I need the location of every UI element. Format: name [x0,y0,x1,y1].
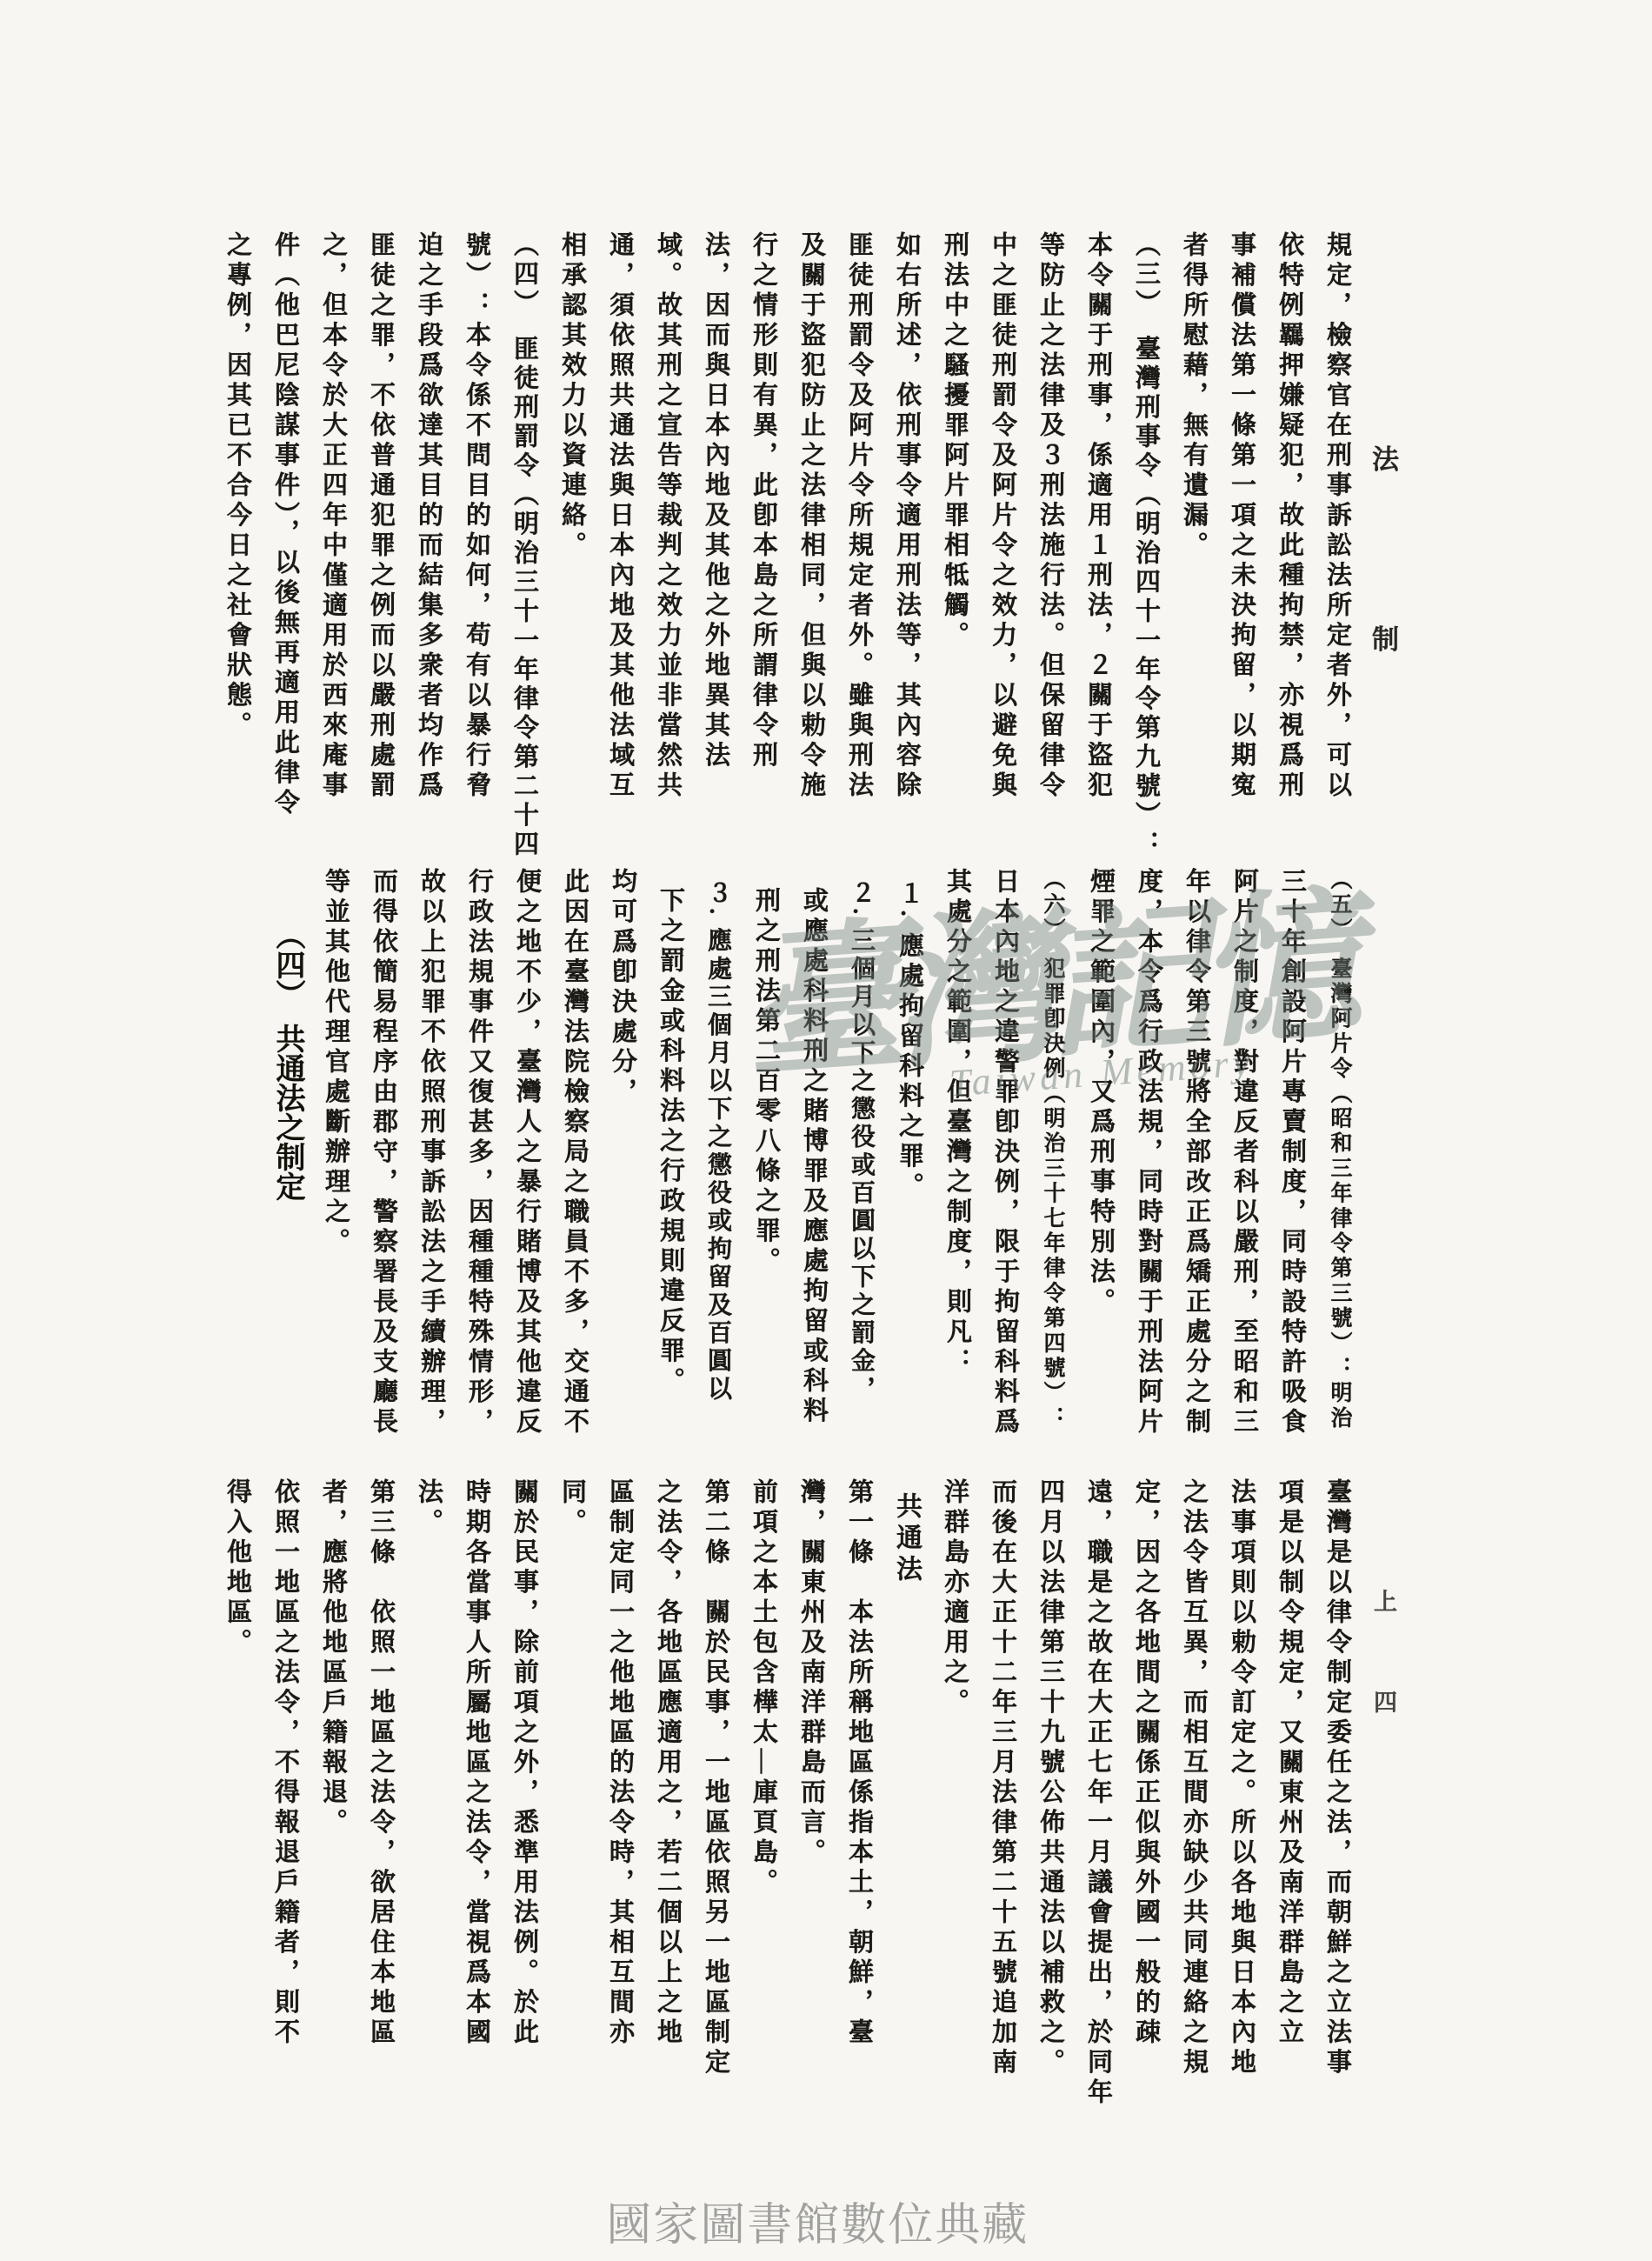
text-column: ２. 三個月以下之懲役或百圓以下之罰金， [837,868,885,1449]
text-column: 便之地不少，臺灣人之暴行賭博及其他違反 [503,868,550,1449]
text-column: 行之情形則有異，此卽本島之所謂律令刑 [739,231,787,882]
text-column: 第二條 關於民事，一地區依照另一地區制定 [691,1478,739,2150]
text-column: 之法令皆互異，而相互間亦缺少共同連絡之規 [1169,1478,1217,2150]
footer-caption: 國家圖書館數位典藏 [606,2188,1029,2253]
text-column: 第一條 本法所稱地區係指本土，朝鮮，臺 [835,1478,883,2150]
text-column: 之法令，各地區應適用之，若二個以上之地 [643,1478,691,2150]
text-column: 件（他巴尼陰謀事件），以後無再適用此律令 [261,231,309,882]
text-column: 行政法規事件又復甚多，因種種特殊情形， [455,868,503,1449]
text-column: 號）：本令係不問目的如何，苟有以暴行脅 [452,231,500,882]
text-column: （四） 共通法之制定 [263,868,311,1449]
text-column: （三） 臺灣刑事令（明治四十一年令第九號）： [1122,231,1169,882]
text-column: 相承認其效力以資連絡。 [548,231,596,882]
text-column: 區制定同一之他地區的法令時，其相互間亦 [596,1478,643,2150]
text-column: 其處分之範圍，但臺灣之制度，則凡： [933,868,981,1449]
text-column: 等防止之法律及３刑法施行法。但保留律令 [1026,231,1074,882]
text-column: 依照一地區之法令，不得報退戶籍者，則不 [261,1478,309,2150]
text-column: 通，須依照共通法與日本內地及其他法域互 [596,231,643,882]
text-column: 事補償法第一條第一項之未決拘留，以期寃 [1217,231,1265,882]
text-column: 下之罰金或科料法之行政規則違反罪。 [646,868,694,1449]
text-column: 故以上犯罪不依照刑事訴訟法之手續辦理， [407,868,455,1449]
text-column: 之專例，因其已不合今日之社會狀態。 [213,231,261,882]
text-column: 法。 [404,1478,452,2150]
text-column: 定，因之各地間之關係正似與外國一般的疎 [1122,1478,1169,2150]
text-column: 本令關于刑事，係適用１刑法，２關于盜犯 [1074,231,1122,882]
text-column: 四月以法律第三十九號公佈共通法以補救之。 [1026,1478,1074,2150]
margin-page-number: 四 [1374,1684,1397,1717]
text-column: 煙罪之範圍內，又爲刑事特別法。 [1076,868,1124,1449]
page-root: 法 制 上 四 規定，檢察官在刑事訴訟法所定者外，可以依特例羈押嫌疑犯，故此種拘… [0,0,1652,2261]
text-column: 三十年創設阿片專賣制度，同時設特許吸食 [1268,868,1316,1449]
text-column: 如右所述，依刑事令適用刑法等，其內容除 [883,231,930,882]
text-column: 共通法 [883,1478,930,2150]
text-column: 時期各當事人所屬地區之法令，當視爲本國 [452,1478,500,2150]
text-column: 或應處科料刑之賭博罪及應處拘留或科料 [789,868,837,1449]
text-column: 刑法中之騷擾罪阿片罪相牴觸。 [930,231,978,882]
text-column: 洋群島亦適用之。 [930,1478,978,2150]
text-column: 刑之刑法第二百零八條之罪。 [742,868,789,1449]
text-column: 中之匪徒刑罰令及阿片令之效力，以避免與 [978,231,1026,882]
register-middle: （五） 臺灣阿片令（昭和三年律令第三號）：明治三十年創設阿片專賣制度，同時設特許… [217,868,1363,1449]
text-column: 等並其他代理官處斷辦理之。 [311,868,359,1449]
text-column: 均可爲卽決處分， [598,868,646,1449]
text-column: 而後在大正十二年三月法律第二十五號追加南 [978,1478,1026,2150]
text-column: 項是以制令規定，又關東州及南洋群島之立 [1265,1478,1313,2150]
text-column: 遠，職是之故在大正七年一月議會提出，於同年 [1074,1478,1122,2150]
text-column: 匪徒之罪，不依普通犯罪之例而以嚴刑處罰 [356,231,404,882]
text-column: 之，但本令於大正四年中僅適用於西來庵事 [309,231,356,882]
text-column: （六） 犯罪卽決例（明治三十七年律令第四號）： [1029,868,1076,1449]
text-column: 前項之本土包含樺太—庫頁島。 [739,1478,787,2150]
margin-label-subject-top: 法 [1372,437,1399,477]
text-column: 迫之手段爲欲達其目的而結集多衆者均作爲 [404,231,452,882]
text-column: 者得所慰藉，無有遺漏。 [1169,231,1217,882]
text-column: 依特例羈押嫌疑犯，故此種拘禁，亦視爲刑 [1265,231,1313,882]
margin-volume-label: 上 [1374,1583,1397,1617]
text-column: 得入他地區。 [213,1478,261,2150]
text-column: １. 應處拘留科料之罪。 [885,868,933,1449]
text-column: 域。故其刑之宣告等裁判之效力並非當然共 [643,231,691,882]
text-column: 而得依簡易程序由郡守，警察署長及支廳長 [359,868,407,1449]
text-column: （四） 匪徒刑罰令（明治三十一年律令第二十四 [500,231,548,882]
text-column: 規定，檢察官在刑事訴訟法所定者外，可以 [1313,231,1361,882]
text-column: 臺灣是以律令制定委任之法，而朝鮮之立法事 [1313,1478,1361,2150]
text-column: 日本內地之違警罪卽決例，限于拘留科料爲 [981,868,1029,1449]
text-column: 同。 [548,1478,596,2150]
text-column: 及關于盜犯防止之法律相同，但與以勅令施 [787,231,835,882]
text-column: 匪徒刑罰令及阿片令所規定者外。雖與刑法 [835,231,883,882]
text-column: 第三條 依照一地區之法令，欲居住本地區 [356,1478,404,2150]
text-column: 者，應將他地區戶籍報退。 [309,1478,356,2150]
text-column: 法，因而與日本內地及其他之外地異其法 [691,231,739,882]
text-column: 法事項則以勅令訂定之。所以各地與日本內地 [1217,1478,1265,2150]
margin-label-subject-bottom: 制 [1372,617,1399,657]
text-column: （五） 臺灣阿片令（昭和三年律令第三號）：明治 [1316,868,1363,1449]
register-top: 規定，檢察官在刑事訴訟法所定者外，可以依特例羈押嫌疑犯，故此種拘禁，亦視爲刑事補… [209,231,1361,882]
text-column: 灣，關東州及南洋群島而言。 [787,1478,835,2150]
text-column: 年以律令第三號將全部改正爲矯正處分之制 [1172,868,1220,1449]
text-column: ３. 應處三個月以下之懲役或拘留及百圓以 [694,868,742,1449]
register-bottom: 臺灣是以律令制定委任之法，而朝鮮之立法事項是以制令規定，又關東州及南洋群島之立法… [209,1478,1361,2150]
text-column: 此因在臺灣法院檢察局之職員不多，交通不 [550,868,598,1449]
text-column: 阿片之制度，對違反者科以嚴刑，至昭和三 [1220,868,1268,1449]
text-column: 度，本令爲行政法規，同時對關于刑法阿片 [1124,868,1172,1449]
text-column: 關於民事，除前項之外，悉準用法例。於此 [500,1478,548,2150]
